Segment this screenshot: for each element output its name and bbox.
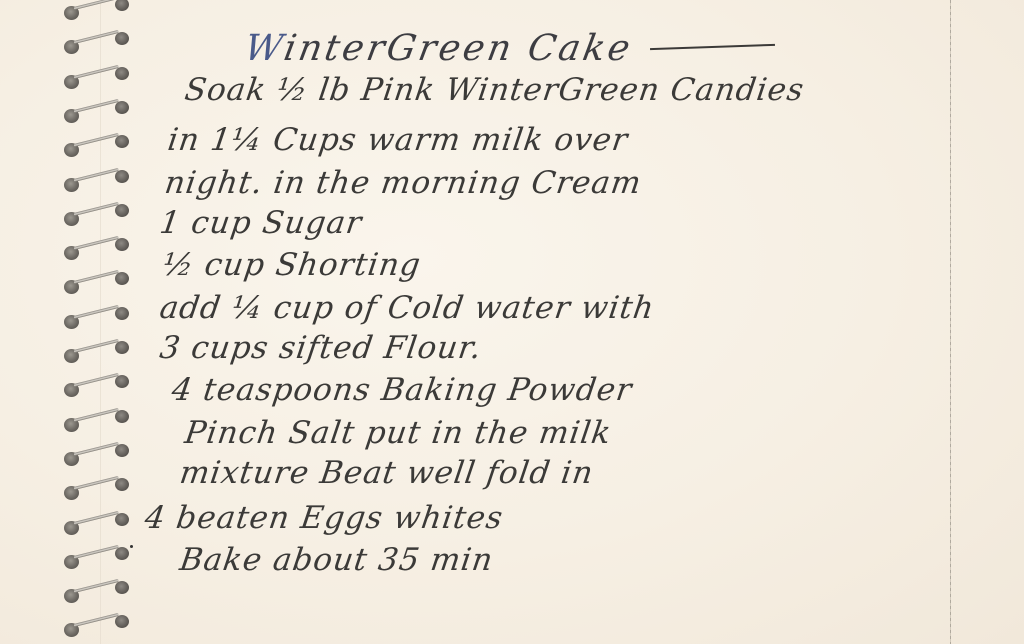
recipe-line: mixture Beat well fold in bbox=[177, 455, 595, 491]
recipe-line: add ¼ cup of Cold water with bbox=[157, 290, 656, 326]
recipe-line: Bake about 35 min bbox=[177, 542, 495, 578]
recipe-line: night. in the morning Cream bbox=[162, 165, 643, 201]
recipe-line: 1 cup Sugar bbox=[157, 205, 364, 241]
recipe-line: Pinch Salt put in the milk bbox=[182, 415, 613, 451]
title-rest: interGreen Cake bbox=[281, 28, 636, 69]
recipe-line: 4 teaspoons Baking Powder bbox=[169, 372, 634, 408]
recipe-line: Soak ½ lb Pink WinterGreen Candies bbox=[182, 72, 806, 108]
recipe-line: ½ cup Shorting bbox=[160, 247, 423, 283]
recipe-line: in 1¼ Cups warm milk over bbox=[165, 122, 630, 158]
title-underline bbox=[650, 44, 775, 50]
recipe-text: WinterGreen Cake Soak ½ lb Pink WinterGr… bbox=[0, 0, 1024, 644]
recipe-title: WinterGreen Cake bbox=[241, 28, 636, 69]
recipe-line: 3 cups sifted Flour. bbox=[157, 330, 484, 366]
recipe-line: 4 beaten Eggs whites bbox=[142, 500, 505, 536]
pencil-dot bbox=[130, 545, 133, 548]
